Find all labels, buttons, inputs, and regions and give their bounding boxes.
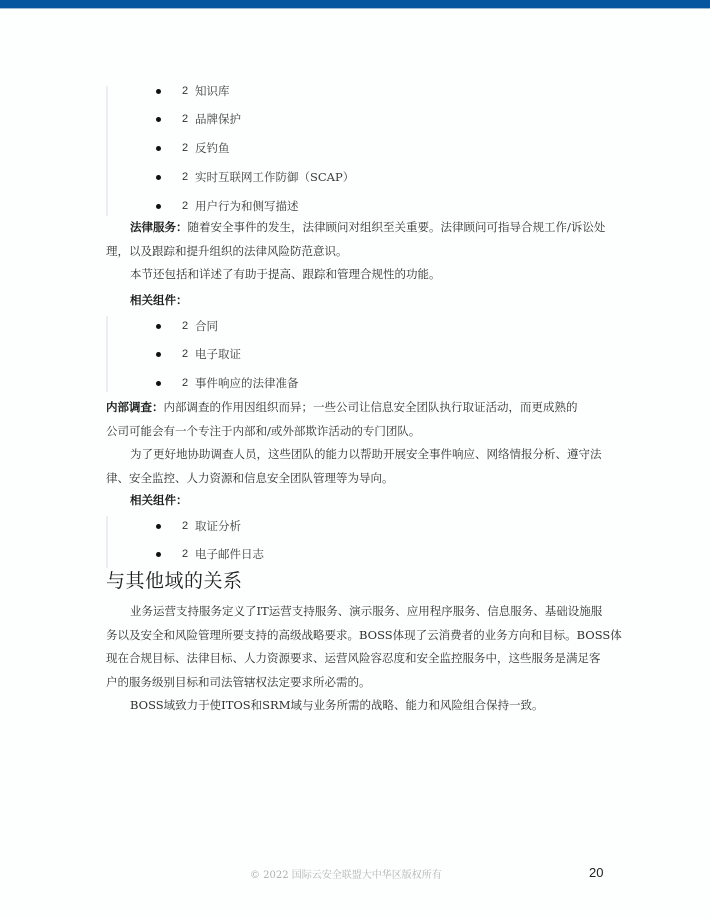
- section-heading: 与其他域的关系: [106, 566, 243, 593]
- legal-services-title: 法律服务：: [130, 220, 188, 234]
- page-number: 20: [589, 865, 603, 880]
- relations-paragraph: 业务运营支持服务定义了IT运营支持服务、演示服务、应用程序服务、信息服务、基础设…: [106, 600, 636, 718]
- bullet-icon: [156, 552, 161, 557]
- footer-copyright: © 2022 国际云安全联盟大中华区版权所有: [250, 866, 442, 881]
- bullet-icon: [156, 89, 161, 94]
- bullet-list-brand: 2 知识库 2 品牌保护 2 反钓鱼 2 实时互联网工作防御（SCAP） 2 用…: [106, 86, 108, 216]
- bullet-list-internal: 2 取证分析 2 电子邮件日志: [106, 516, 108, 568]
- related-components-label: 相关组件：: [130, 292, 188, 308]
- bullet-icon: [156, 146, 161, 151]
- internal-investigation-paragraph: 内部调查：内部调查的作用因组织而异；一些公司让信息安全团队执行取证活动，而更成熟…: [106, 396, 636, 490]
- bullet-icon: [156, 324, 161, 329]
- related-components-label: 相关组件：: [130, 492, 188, 508]
- bullet-icon: [156, 381, 161, 386]
- bullet-icon: [156, 175, 161, 180]
- bullet-icon: [156, 524, 161, 529]
- bullet-list-legal: 2 合同 2 电子取证 2 事件响应的法律准备: [106, 316, 108, 392]
- bullet-icon: [156, 352, 161, 357]
- legal-services-paragraph: 法律服务：随着安全事件的发生，法律顾问对组织至关重要。法律顾问可指导合规工作/诉…: [106, 216, 636, 287]
- internal-investigation-title: 内部调查：: [106, 400, 164, 414]
- bullet-icon: [156, 204, 161, 209]
- bullet-icon: [156, 117, 161, 122]
- header-bar: [0, 0, 710, 9]
